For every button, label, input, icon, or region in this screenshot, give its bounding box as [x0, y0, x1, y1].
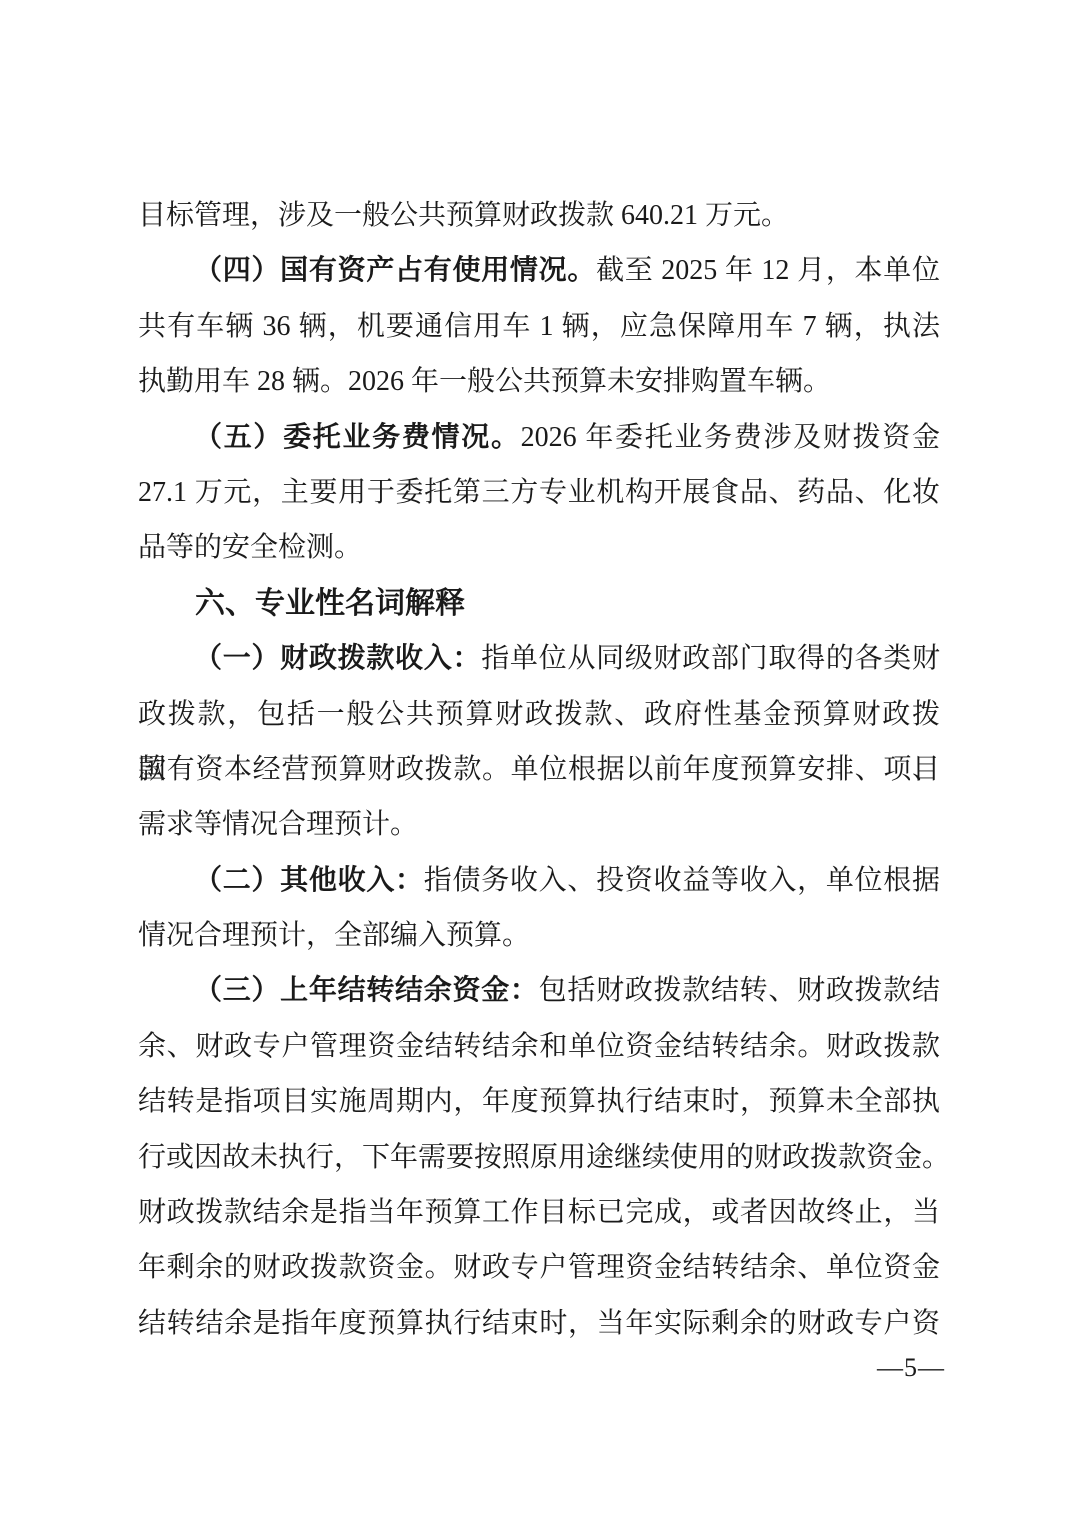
text-line: （五）委托业务费情况。2026 年委托业务费涉及财拨资金: [138, 410, 940, 465]
text-segment: （三）上年结转结余资金：: [194, 975, 539, 1006]
page-number: —5—: [877, 1348, 945, 1388]
text-segment: 指单位从同级财政部门取得的各类财: [481, 643, 940, 674]
section-heading: 六、专业性名词解释: [138, 576, 940, 631]
text-line: 结转是指项目实施周期内，年度预算执行结束时，预算未全部执: [138, 1074, 940, 1129]
text-line: （一）财政拨款收入：指单位从同级财政部门取得的各类财: [138, 631, 940, 686]
text-line: 结转结余是指年度预算执行结束时，当年实际剩余的财政专户资: [138, 1296, 940, 1351]
text-segment: 品等的安全检测。: [138, 532, 362, 563]
text-line: （三）上年结转结余资金：包括财政拨款结转、财政拨款结: [138, 963, 940, 1018]
text-line: 情况合理预计，全部编入预算。: [138, 908, 940, 963]
text-line: 年剩余的财政拨款资金。财政专户管理资金结转结余、单位资金: [138, 1240, 940, 1295]
text-segment: 27.1 万元，主要用于委托第三方专业机构开展食品、药品、化妆: [138, 477, 940, 508]
text-line: 品等的安全检测。: [138, 520, 940, 575]
text-segment: 行或因故未执行，下年需要按照原用途继续使用的财政拨款资金。: [138, 1142, 950, 1173]
text-segment: 结转是指项目实施周期内，年度预算执行结束时，预算未全部执: [138, 1086, 940, 1117]
text-segment: 指债务收入、投资收益等收入，单位根据: [424, 865, 940, 896]
text-line: 目标管理，涉及一般公共预算财政拨款 640.21 万元。: [138, 188, 940, 243]
text-segment: 年剩余的财政拨款资金。财政专户管理资金结转结余、单位资金: [138, 1252, 940, 1283]
text-block: 目标管理，涉及一般公共预算财政拨款 640.21 万元。（四）国有资产占有使用情…: [138, 188, 940, 1351]
text-line: （二）其他收入：指债务收入、投资收益等收入，单位根据: [138, 853, 940, 908]
text-segment: （四）国有资产占有使用情况。: [194, 255, 596, 286]
text-segment: 目标管理，涉及一般公共预算财政拨款 640.21 万元。: [138, 200, 789, 231]
document-page: 目标管理，涉及一般公共预算财政拨款 640.21 万元。（四）国有资产占有使用情…: [0, 0, 1074, 1520]
text-segment: 截至 2025 年 12 月，本单位: [596, 255, 940, 286]
text-line: 需求等情况合理预计。: [138, 797, 940, 852]
text-line: 政拨款，包括一般公共预算财政拨款、政府性基金预算财政拨款、: [138, 687, 940, 742]
text-segment: （一）财政拨款收入：: [194, 643, 481, 674]
text-segment: 2026 年委托业务费涉及财拨资金: [521, 422, 940, 453]
text-line: 27.1 万元，主要用于委托第三方专业机构开展食品、药品、化妆: [138, 465, 940, 520]
text-segment: （二）其他收入：: [194, 865, 424, 896]
text-segment: 六、专业性名词解释: [195, 587, 465, 620]
text-line: 行或因故未执行，下年需要按照原用途继续使用的财政拨款资金。: [138, 1130, 940, 1185]
text-segment: 共有车辆 36 辆，机要通信用车 1 辆，应急保障用车 7 辆，执法: [138, 311, 940, 342]
text-segment: 国有资本经营预算财政拨款。单位根据以前年度预算安排、项目: [138, 754, 940, 785]
text-segment: 需求等情况合理预计。: [138, 809, 418, 840]
text-segment: 情况合理预计，全部编入预算。: [138, 920, 530, 951]
text-line: 执勤用车 28 辆。2026 年一般公共预算未安排购置车辆。: [138, 354, 940, 409]
text-line: 财政拨款结余是指当年预算工作目标已完成，或者因故终止，当: [138, 1185, 940, 1240]
text-segment: 余、财政专户管理资金结转结余和单位资金结转结余。财政拨款: [138, 1031, 940, 1062]
text-segment: 财政拨款结余是指当年预算工作目标已完成，或者因故终止，当: [138, 1197, 940, 1228]
text-line: 余、财政专户管理资金结转结余和单位资金结转结余。财政拨款: [138, 1019, 940, 1074]
text-line: 共有车辆 36 辆，机要通信用车 1 辆，应急保障用车 7 辆，执法: [138, 299, 940, 354]
text-segment: 结转结余是指年度预算执行结束时，当年实际剩余的财政专户资: [138, 1308, 940, 1339]
text-segment: 包括财政拨款结转、财政拨款结: [539, 975, 940, 1006]
text-line: 国有资本经营预算财政拨款。单位根据以前年度预算安排、项目: [138, 742, 940, 797]
text-segment: （五）委托业务费情况。: [194, 422, 521, 453]
text-line: （四）国有资产占有使用情况。截至 2025 年 12 月，本单位: [138, 243, 940, 298]
text-segment: 执勤用车 28 辆。2026 年一般公共预算未安排购置车辆。: [138, 366, 831, 397]
document-content: 目标管理，涉及一般公共预算财政拨款 640.21 万元。（四）国有资产占有使用情…: [138, 188, 940, 1351]
